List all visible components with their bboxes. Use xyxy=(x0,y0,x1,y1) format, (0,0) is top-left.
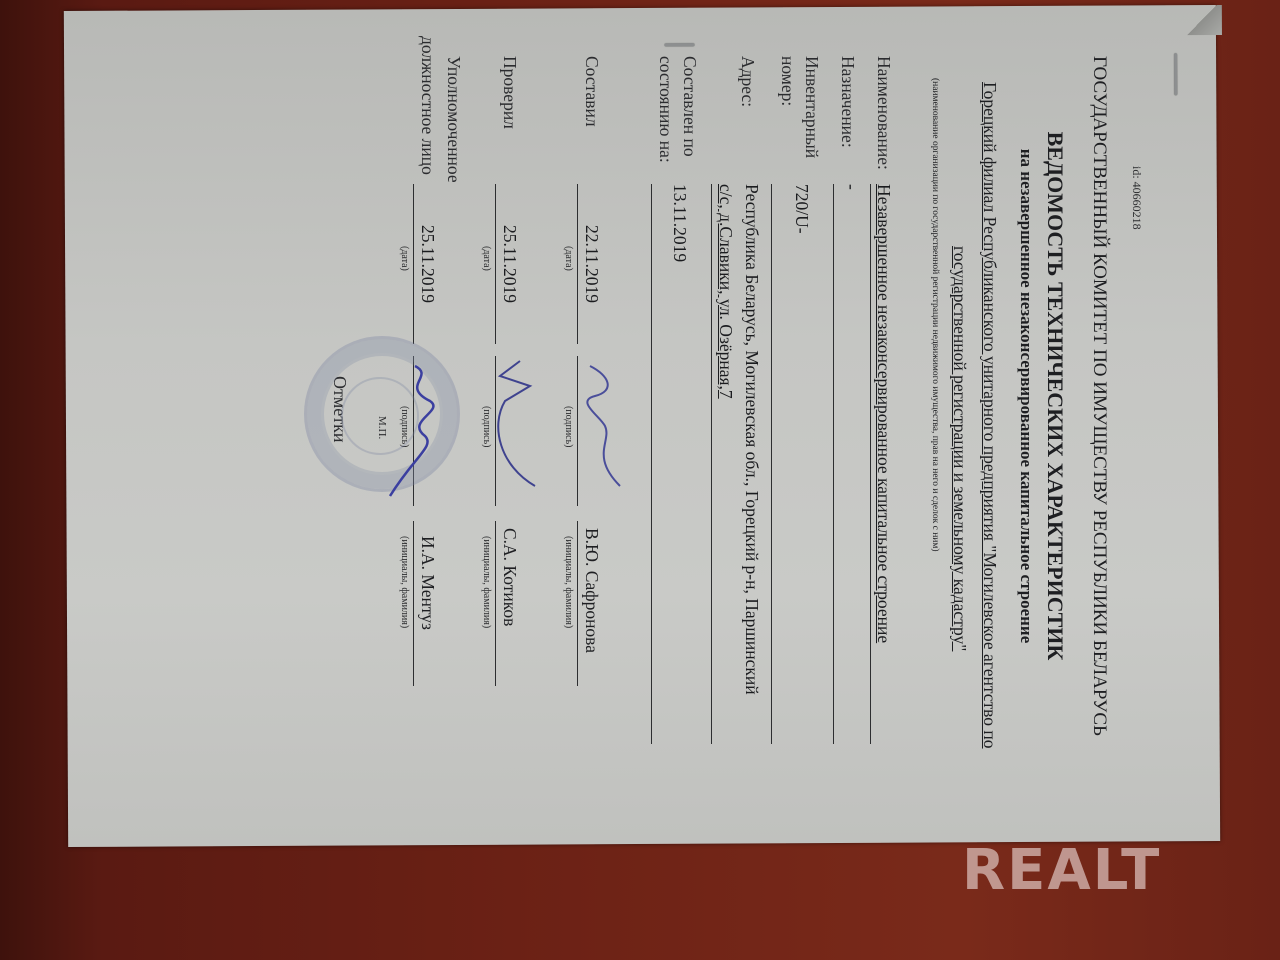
name-line xyxy=(577,521,578,686)
folded-corner xyxy=(1182,5,1222,35)
date-line xyxy=(577,184,578,344)
name-value: Незавершенное незаконсервированное капит… xyxy=(873,184,894,643)
purpose-underline xyxy=(833,184,834,744)
address-underline xyxy=(711,184,712,744)
inventory-underline xyxy=(771,184,772,744)
role-compiled: Составил xyxy=(581,56,602,127)
organization-line-2: государственной регистрации и земельному… xyxy=(949,246,970,651)
name-authorized: И.А. Ментуз xyxy=(417,536,438,630)
date-caption: (дата) xyxy=(563,246,574,271)
name-line xyxy=(413,521,414,686)
document-subtitle: на незавершенное незаконсервированное ка… xyxy=(1016,16,1036,776)
date-line xyxy=(413,184,414,344)
state-value: 13.11.2019 xyxy=(669,184,690,262)
name-caption: (инициалы, фамилия) xyxy=(563,536,574,628)
inventory-value: 720/U- xyxy=(791,184,812,234)
realt-watermark-logo: REALT xyxy=(962,838,1161,903)
date-checked: 25.11.2019 xyxy=(499,184,520,344)
document-id: id: 40660218 xyxy=(1129,166,1144,230)
name-compiled: В.Ю. Сафронова xyxy=(581,528,602,653)
name-caption: (инициалы, фамилия) xyxy=(399,536,410,628)
address-line-2: с/с, д.Славики, ул. Озёрная,7 xyxy=(715,184,736,399)
state-underline xyxy=(651,184,652,744)
signature-icon xyxy=(480,346,550,496)
date-caption: (дата) xyxy=(481,246,492,271)
name-label: Наименование: xyxy=(873,56,894,170)
inventory-label-2: номер: xyxy=(777,56,798,106)
role-authorized: Уполномоченное xyxy=(443,56,464,183)
purpose-label: Назначение: xyxy=(837,56,858,148)
name-checked: С.А. Котиков xyxy=(499,528,520,626)
committee-heading: ГОСУДАРСТВЕННЫЙ КОМИТЕТ ПО ИМУЩЕСТВУ РЕС… xyxy=(1088,16,1110,776)
address-label: Адрес: xyxy=(737,56,758,107)
purpose-value: - xyxy=(841,184,862,190)
organization-line-1: Горецкий филиал Республиканского унитарн… xyxy=(979,82,1000,749)
name-line xyxy=(495,521,496,686)
date-line xyxy=(495,184,496,344)
signature-icon xyxy=(560,346,630,496)
name-underline xyxy=(870,184,871,744)
document-title: ВЕДОМОСТЬ ТЕХНИЧЕСКИХ ХАРАКТЕРИСТИК xyxy=(1042,16,1068,776)
name-caption: (инициалы, фамилия) xyxy=(481,536,492,628)
state-label-2: состоянию на: xyxy=(655,56,676,163)
date-caption: (дата) xyxy=(399,246,410,271)
address-line-1: Республика Беларусь, Могилевская обл., Г… xyxy=(741,184,762,695)
organization-caption: (наименование организации по государстве… xyxy=(930,78,940,552)
role-checked: Проверил xyxy=(499,56,520,129)
inventory-label: Инвентарный xyxy=(801,56,822,158)
role-authorized-2: должностное лицо xyxy=(417,36,438,175)
signature-icon xyxy=(380,346,460,506)
date-compiled: 22.11.2019 xyxy=(581,184,602,344)
document-content: id: 40660218 ГОСУДАРСТВЕННЫЙ КОМИТЕТ ПО … xyxy=(70,16,1150,776)
state-label: Составлен по xyxy=(679,56,700,157)
staple-icon xyxy=(1174,53,1177,95)
date-authorized: 25.11.2019 xyxy=(417,184,438,344)
